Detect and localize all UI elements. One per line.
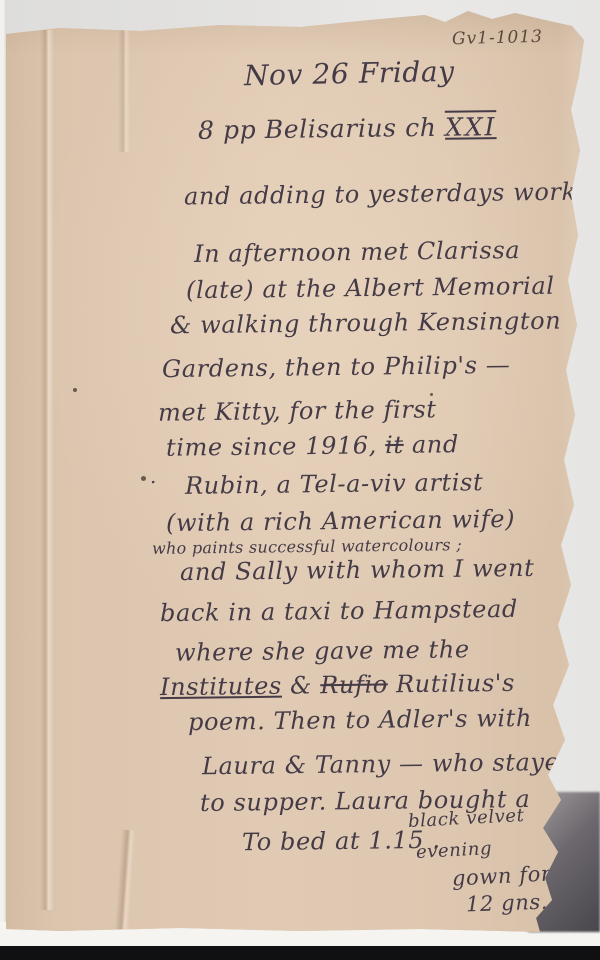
scan-edge-bar bbox=[0, 946, 600, 960]
struck-word: Rufio bbox=[320, 670, 388, 699]
margin-dot: · bbox=[150, 472, 157, 492]
manuscript-line: and adding to yesterdays work. bbox=[184, 180, 585, 209]
ink-spot bbox=[141, 476, 146, 481]
manuscript-line: 8 pp Belisarius ch XXI bbox=[198, 114, 497, 143]
chapter-numeral: XXI bbox=[445, 112, 497, 142]
manuscript-line: gown for bbox=[452, 863, 552, 889]
manuscript-page: Gv1-1013 Nov 26 Friday 8 pp Belisarius c… bbox=[0, 0, 600, 960]
paper-fold-crease bbox=[114, 830, 135, 933]
line-text: and bbox=[404, 430, 460, 459]
manuscript-line: poem. Then to Adler's with bbox=[188, 706, 532, 734]
manuscript-line: In afternoon met Clarissa bbox=[194, 238, 520, 266]
manuscript-line: met Kitty, for the first bbox=[158, 397, 437, 424]
paper-fold-crease bbox=[118, 22, 130, 152]
manuscript-line: Gardens, then to Philip's — bbox=[162, 353, 511, 381]
line-text: Rutilius's bbox=[388, 669, 515, 699]
manuscript-line: 12 gns. bbox=[466, 892, 549, 916]
paper-fold-crease bbox=[40, 30, 54, 910]
manuscript-line: (with a rich American wife) bbox=[166, 507, 515, 535]
scanned-manuscript: Gv1-1013 Nov 26 Friday 8 pp Belisarius c… bbox=[0, 0, 600, 960]
underlined-word: Institutes bbox=[160, 672, 282, 701]
manuscript-line: (late) at the Albert Memorial bbox=[186, 274, 555, 303]
manuscript-line: where she gave me the bbox=[175, 637, 470, 665]
manuscript-line: Laura & Tanny — who stayed bbox=[202, 750, 576, 779]
manuscript-line: To bed at 1.15 . bbox=[242, 828, 441, 854]
manuscript-line: Rubin, a Tel-a-viv artist bbox=[185, 470, 484, 498]
manuscript-line: back in a taxi to Hampstead bbox=[160, 597, 518, 625]
date-heading: Nov 26 Friday bbox=[244, 58, 455, 90]
interlinear-insertion: evening bbox=[416, 840, 493, 862]
interlinear-insertion: who paints successful watercolours ; bbox=[152, 537, 462, 557]
manuscript-line: & walking through Kensington bbox=[170, 309, 561, 338]
manuscript-line: Institutes & Rufio Rutilius's bbox=[160, 671, 515, 699]
archive-code: Gv1-1013 bbox=[452, 29, 543, 48]
line-text: 8 pp Belisarius ch bbox=[198, 113, 445, 145]
struck-word: it bbox=[385, 431, 404, 459]
line-text: time since 1916, bbox=[166, 431, 385, 462]
ink-spot bbox=[73, 388, 77, 392]
manuscript-line: and Sally with whom I went bbox=[180, 556, 535, 584]
manuscript-line: time since 1916, it and bbox=[166, 432, 459, 460]
line-text: & bbox=[282, 671, 321, 699]
